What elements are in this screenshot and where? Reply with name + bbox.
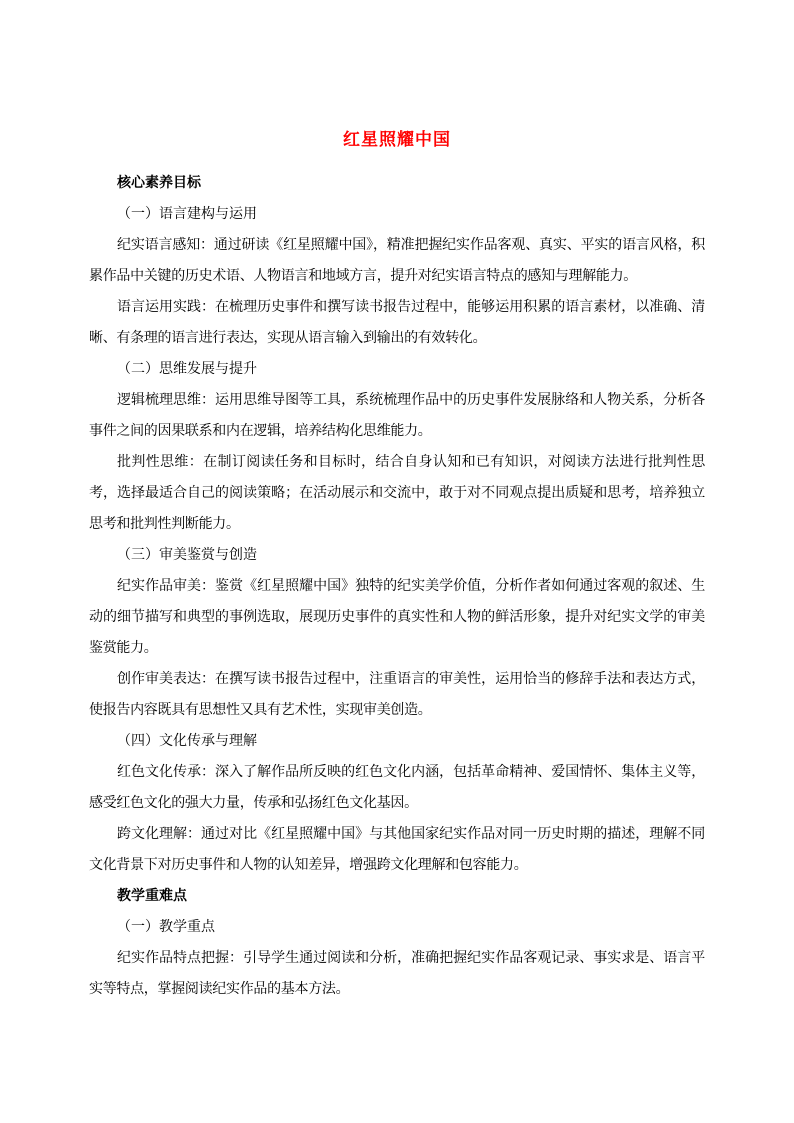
paragraph-cross-cultural-understanding: 跨文化理解：通过对比《红星照耀中国》与其他国家纪实作品对同一历史时期的描述，理解…: [89, 819, 705, 881]
paragraph-logical-sorting-thinking: 逻辑梳理思维：运用思维导图等工具，系统梳理作品中的历史事件发展脉络和人物关系，分…: [89, 385, 705, 447]
paragraph-documentary-language-perception: 纪实语言感知：通过研读《红星照耀中国》，精准把握纪实作品客观、真实、平实的语言风…: [89, 230, 705, 292]
paragraph-documentary-features-grasp: 纪实作品特点把握：引导学生通过阅读和分析，准确把握纪实作品客观记录、事实求是、语…: [89, 943, 705, 1005]
paragraph-critical-thinking: 批判性思维：在制订阅读任务和目标时，结合自身认知和已有知识，对阅读方法进行批判性…: [89, 447, 705, 540]
subsection-heading-thinking-development: （二）思维发展与提升: [89, 354, 705, 385]
document-title: 红星照耀中国: [89, 128, 705, 152]
section-heading-core-literacy-goals: 核心素养目标: [89, 168, 705, 199]
document-body: 核心素养目标 （一）语言建构与运用 纪实语言感知：通过研读《红星照耀中国》，精准…: [89, 168, 705, 1005]
paragraph-creative-aesthetic-expression: 创作审美表达：在撰写读书报告过程中，注重语言的审美性，运用恰当的修辞手法和表达方…: [89, 664, 705, 726]
paragraph-documentary-work-aesthetics: 纪实作品审美：鉴赏《红星照耀中国》独特的纪实美学价值，分析作者如何通过客观的叙述…: [89, 571, 705, 664]
subsection-heading-cultural-inheritance: （四）文化传承与理解: [89, 726, 705, 757]
subsection-heading-aesthetic-appreciation: （三）审美鉴赏与创造: [89, 540, 705, 571]
document-page: 红星照耀中国 核心素养目标 （一）语言建构与运用 纪实语言感知：通过研读《红星照…: [0, 0, 794, 1123]
paragraph-red-culture-inheritance: 红色文化传承：深入了解作品所反映的红色文化内涵，包括革命精神、爱国情怀、集体主义…: [89, 757, 705, 819]
paragraph-language-use-practice: 语言运用实践：在梳理历史事件和撰写读书报告过程中，能够运用积累的语言素材，以准确…: [89, 292, 705, 354]
subsection-heading-language-construction: （一）语言建构与运用: [89, 199, 705, 230]
subsection-heading-teaching-focus: （一）教学重点: [89, 912, 705, 943]
section-heading-teaching-key-difficulties: 教学重难点: [89, 881, 705, 912]
